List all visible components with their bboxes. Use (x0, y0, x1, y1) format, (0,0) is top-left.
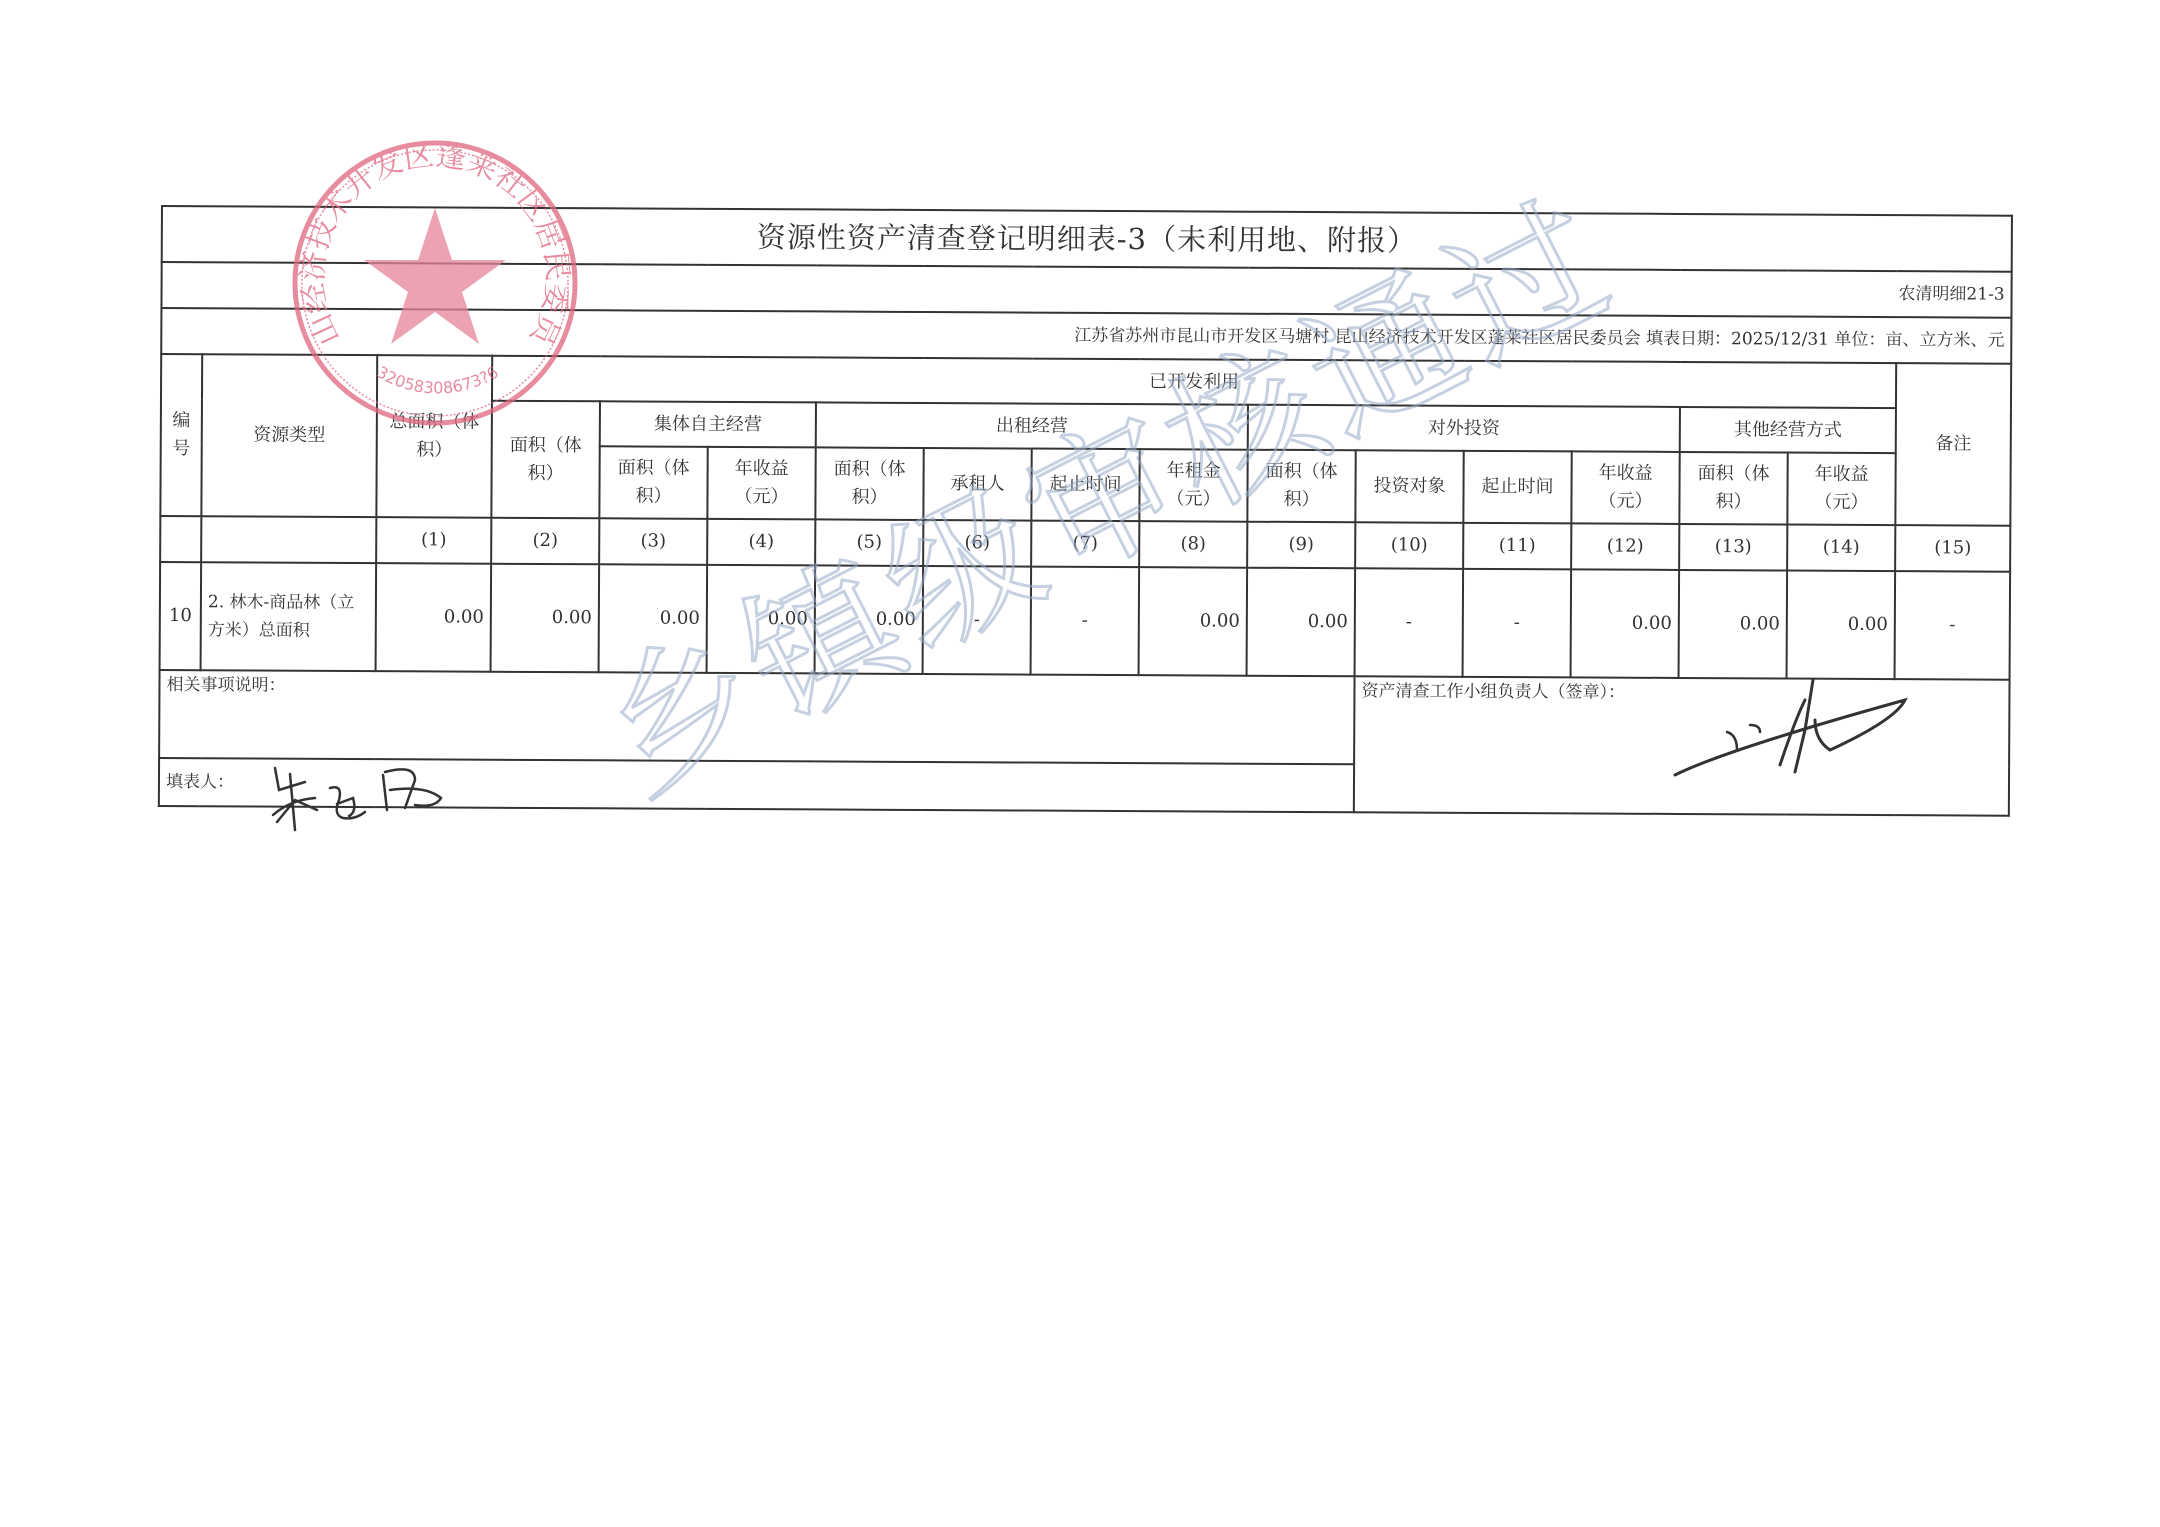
cell-self-income: 0.00 (707, 565, 816, 674)
row-no: 10 (160, 562, 202, 670)
col-number-blank (160, 516, 201, 562)
cell-lease-area: 0.00 (815, 565, 924, 674)
col-number: (3) (599, 518, 707, 565)
header-c7: 起止时间 (1031, 449, 1139, 522)
col-number: (15) (1895, 525, 2010, 572)
header-c5: 面积（体积） (815, 447, 923, 520)
header-c6: 承租人 (923, 448, 1031, 521)
cell-other-area: 0.00 (1679, 570, 1788, 679)
col-number-blank (201, 516, 376, 563)
col-number: (14) (1787, 525, 1895, 572)
col-number: (4) (707, 519, 815, 566)
cell-self-area: 0.00 (599, 564, 708, 673)
header-total-area: 总面积（体积） (376, 355, 492, 518)
header-c13: 面积（体积） (1679, 452, 1787, 525)
header-c10: 投资对象 (1355, 450, 1463, 523)
cell-invest-period: - (1463, 569, 1572, 678)
cell-other-income: 0.00 (1787, 571, 1896, 680)
col-number: (8) (1139, 521, 1247, 568)
document-page: 资源性资产清查登记明细表-3（未利用地、附报） 农清明细21-3 江苏省苏州市昆… (0, 0, 2160, 1527)
col-number: (13) (1679, 524, 1787, 571)
col-number: (12) (1571, 523, 1679, 570)
header-c3: 面积（体积） (599, 446, 707, 519)
col-number: (1) (376, 517, 491, 564)
header-resource-type: 资源类型 (201, 354, 377, 517)
cell-annual-rent: 0.00 (1139, 567, 1248, 676)
header-c4: 年收益（元） (707, 447, 815, 520)
header-developed: 已开发利用 (492, 356, 1896, 408)
cell-invest-target: - (1355, 568, 1464, 677)
leader-label: 资产清查工作小组负责人（签章）： (1361, 681, 1625, 702)
header-c12: 年收益（元） (1571, 451, 1679, 524)
header-remarks: 备注 (1895, 363, 2011, 526)
document-title: 资源性资产清查登记明细表-3（未利用地、附报） (162, 206, 2012, 272)
header-leasing: 出租经营 (816, 402, 1248, 449)
notes-field: 相关事项说明： (159, 670, 1354, 764)
header-area: 面积（体积） (491, 401, 600, 519)
col-number: (2) (491, 518, 599, 565)
cell-remarks: - (1895, 571, 2011, 680)
table-row: 10 2. 林木-商品林（立方米）总面积 0.00 0.00 0.00 0.00… (160, 562, 2011, 680)
cell-total-area: 0.00 (376, 563, 492, 672)
notes-label: 相关事项说明： (166, 675, 285, 696)
cell-invest-area: 0.00 (1247, 568, 1356, 677)
header-c8: 年租金（元） (1139, 449, 1247, 522)
col-number: (5) (815, 519, 923, 566)
header-other: 其他经营方式 (1680, 407, 1896, 453)
cell-area: 0.00 (491, 564, 600, 673)
header-c11: 起止时间 (1463, 451, 1571, 524)
row-resource-type: 2. 林木-商品林（立方米）总面积 (201, 562, 377, 671)
col-number: (9) (1247, 522, 1355, 569)
col-number: (11) (1463, 523, 1571, 570)
col-number: (10) (1355, 522, 1463, 569)
filler-label: 填表人： (166, 772, 234, 792)
col-number: (6) (923, 520, 1031, 567)
filler-field: 填表人： (159, 758, 1354, 812)
cell-invest-income: 0.00 (1571, 569, 1680, 678)
header-no: 编号 (160, 354, 202, 516)
col-number: (7) (1031, 521, 1139, 568)
header-c9: 面积（体积） (1247, 450, 1355, 523)
leader-signature-field: 资产清查工作小组负责人（签章）： (1354, 676, 2010, 815)
header-c14: 年收益（元） (1787, 453, 1895, 526)
header-self-operated: 集体自主经营 (600, 401, 816, 447)
cell-lease-period: - (1031, 567, 1140, 676)
cell-lessee: - (923, 566, 1032, 675)
asset-register-table: 资源性资产清查登记明细表-3（未利用地、附报） 农清明细21-3 江苏省苏州市昆… (158, 205, 2013, 817)
header-investment: 对外投资 (1248, 405, 1680, 452)
